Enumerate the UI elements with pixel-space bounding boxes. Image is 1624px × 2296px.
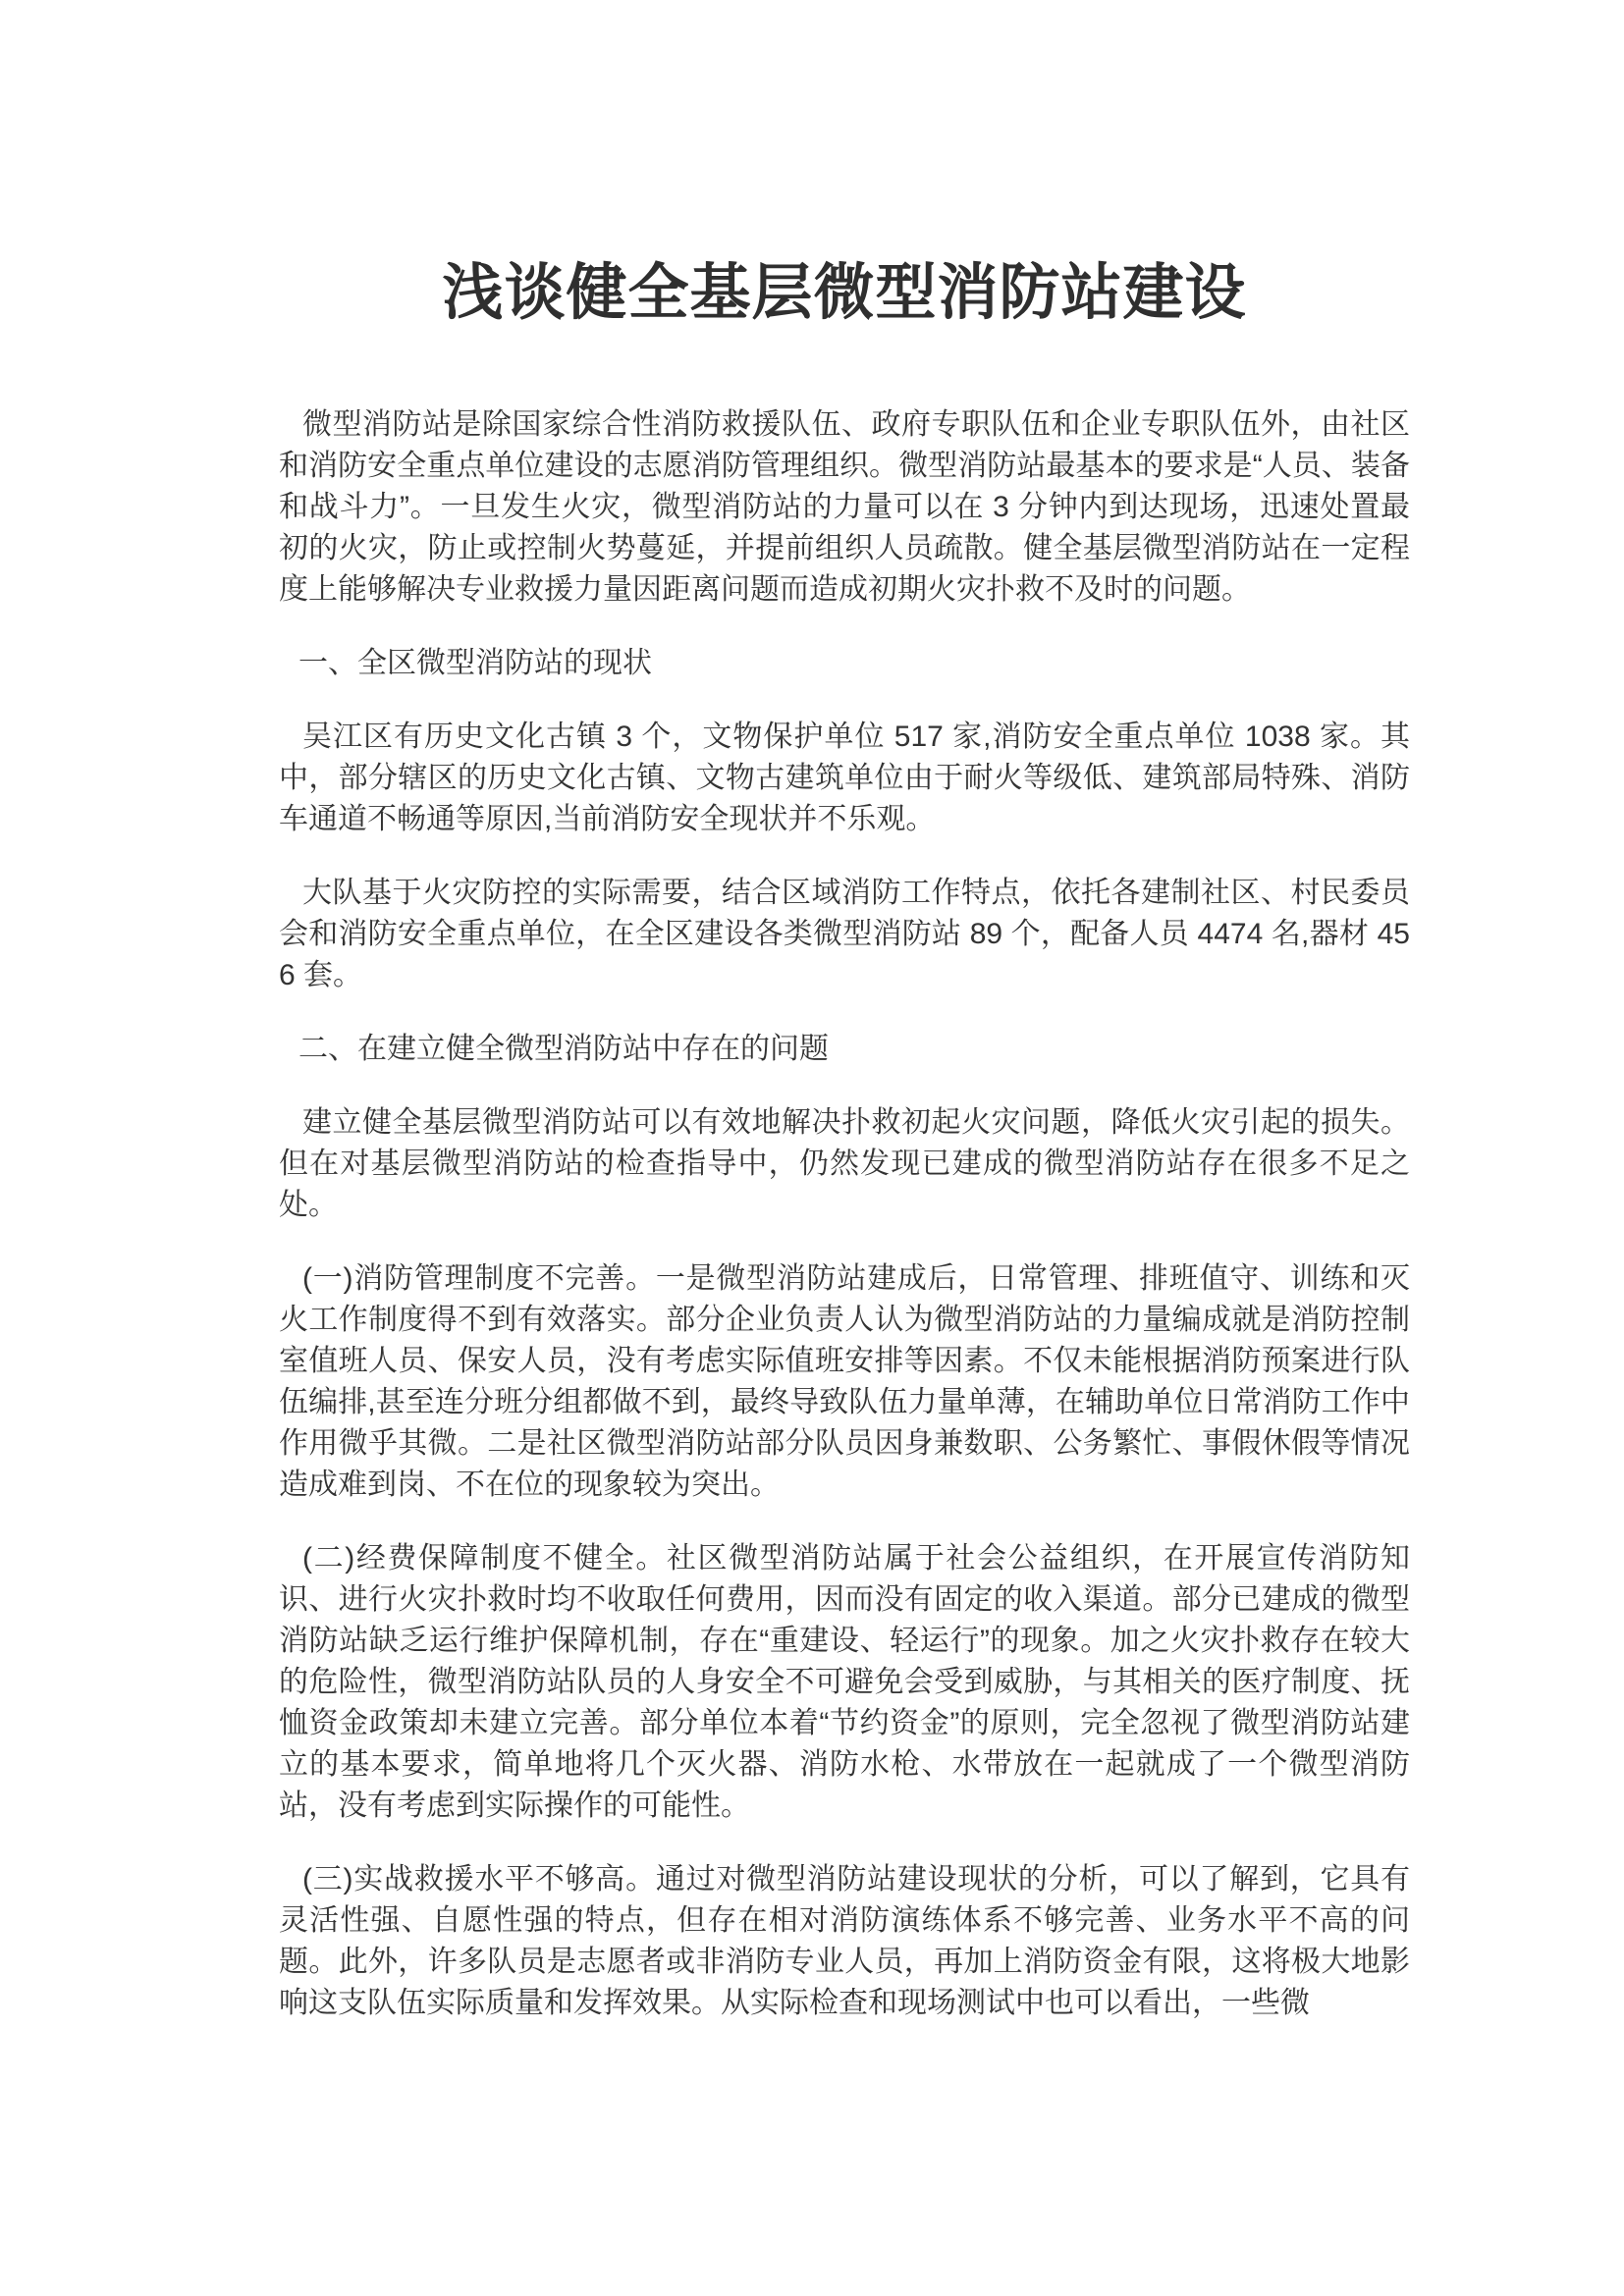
paragraph-problem-3: (三)实战救援水平不够高。通过对微型消防站建设现状的分析，可以了解到，它具有灵活…	[279, 1859, 1410, 2024]
paragraph-problems-intro: 建立健全基层微型消防站可以有效地解决扑救初起火灾问题，降低火灾引起的损失。但在对…	[279, 1102, 1410, 1226]
paragraph-status-1: 吴江区有历史文化古镇 3 个，文物保护单位 517 家,消防安全重点单位 103…	[279, 717, 1410, 840]
page-title: 浅谈健全基层微型消防站建设	[279, 261, 1410, 326]
document-page: 浅谈健全基层微型消防站建设 微型消防站是除国家综合性消防救援队伍、政府专职队伍和…	[0, 0, 1624, 2296]
paragraph-problem-2: (二)经费保障制度不健全。社区微型消防站属于社会公益组织，在开展宣传消防知识、进…	[279, 1538, 1410, 1827]
section-heading-2: 二、在建立健全微型消防站中存在的问题	[279, 1029, 1410, 1070]
paragraph-problem-1: (一)消防管理制度不完善。一是微型消防站建成后，日常管理、排班值守、训练和灭火工…	[279, 1258, 1410, 1506]
document-content: 浅谈健全基层微型消防站建设 微型消防站是除国家综合性消防救援队伍、政府专职队伍和…	[279, 0, 1410, 2056]
paragraph-intro: 微型消防站是除国家综合性消防救援队伍、政府专职队伍和企业专职队伍外，由社区和消防…	[279, 404, 1410, 611]
paragraph-status-2: 大队基于火灾防控的实际需要，结合区域消防工作特点，依托各建制社区、村民委员会和消…	[279, 873, 1410, 996]
section-heading-1: 一、全区微型消防站的现状	[279, 643, 1410, 684]
